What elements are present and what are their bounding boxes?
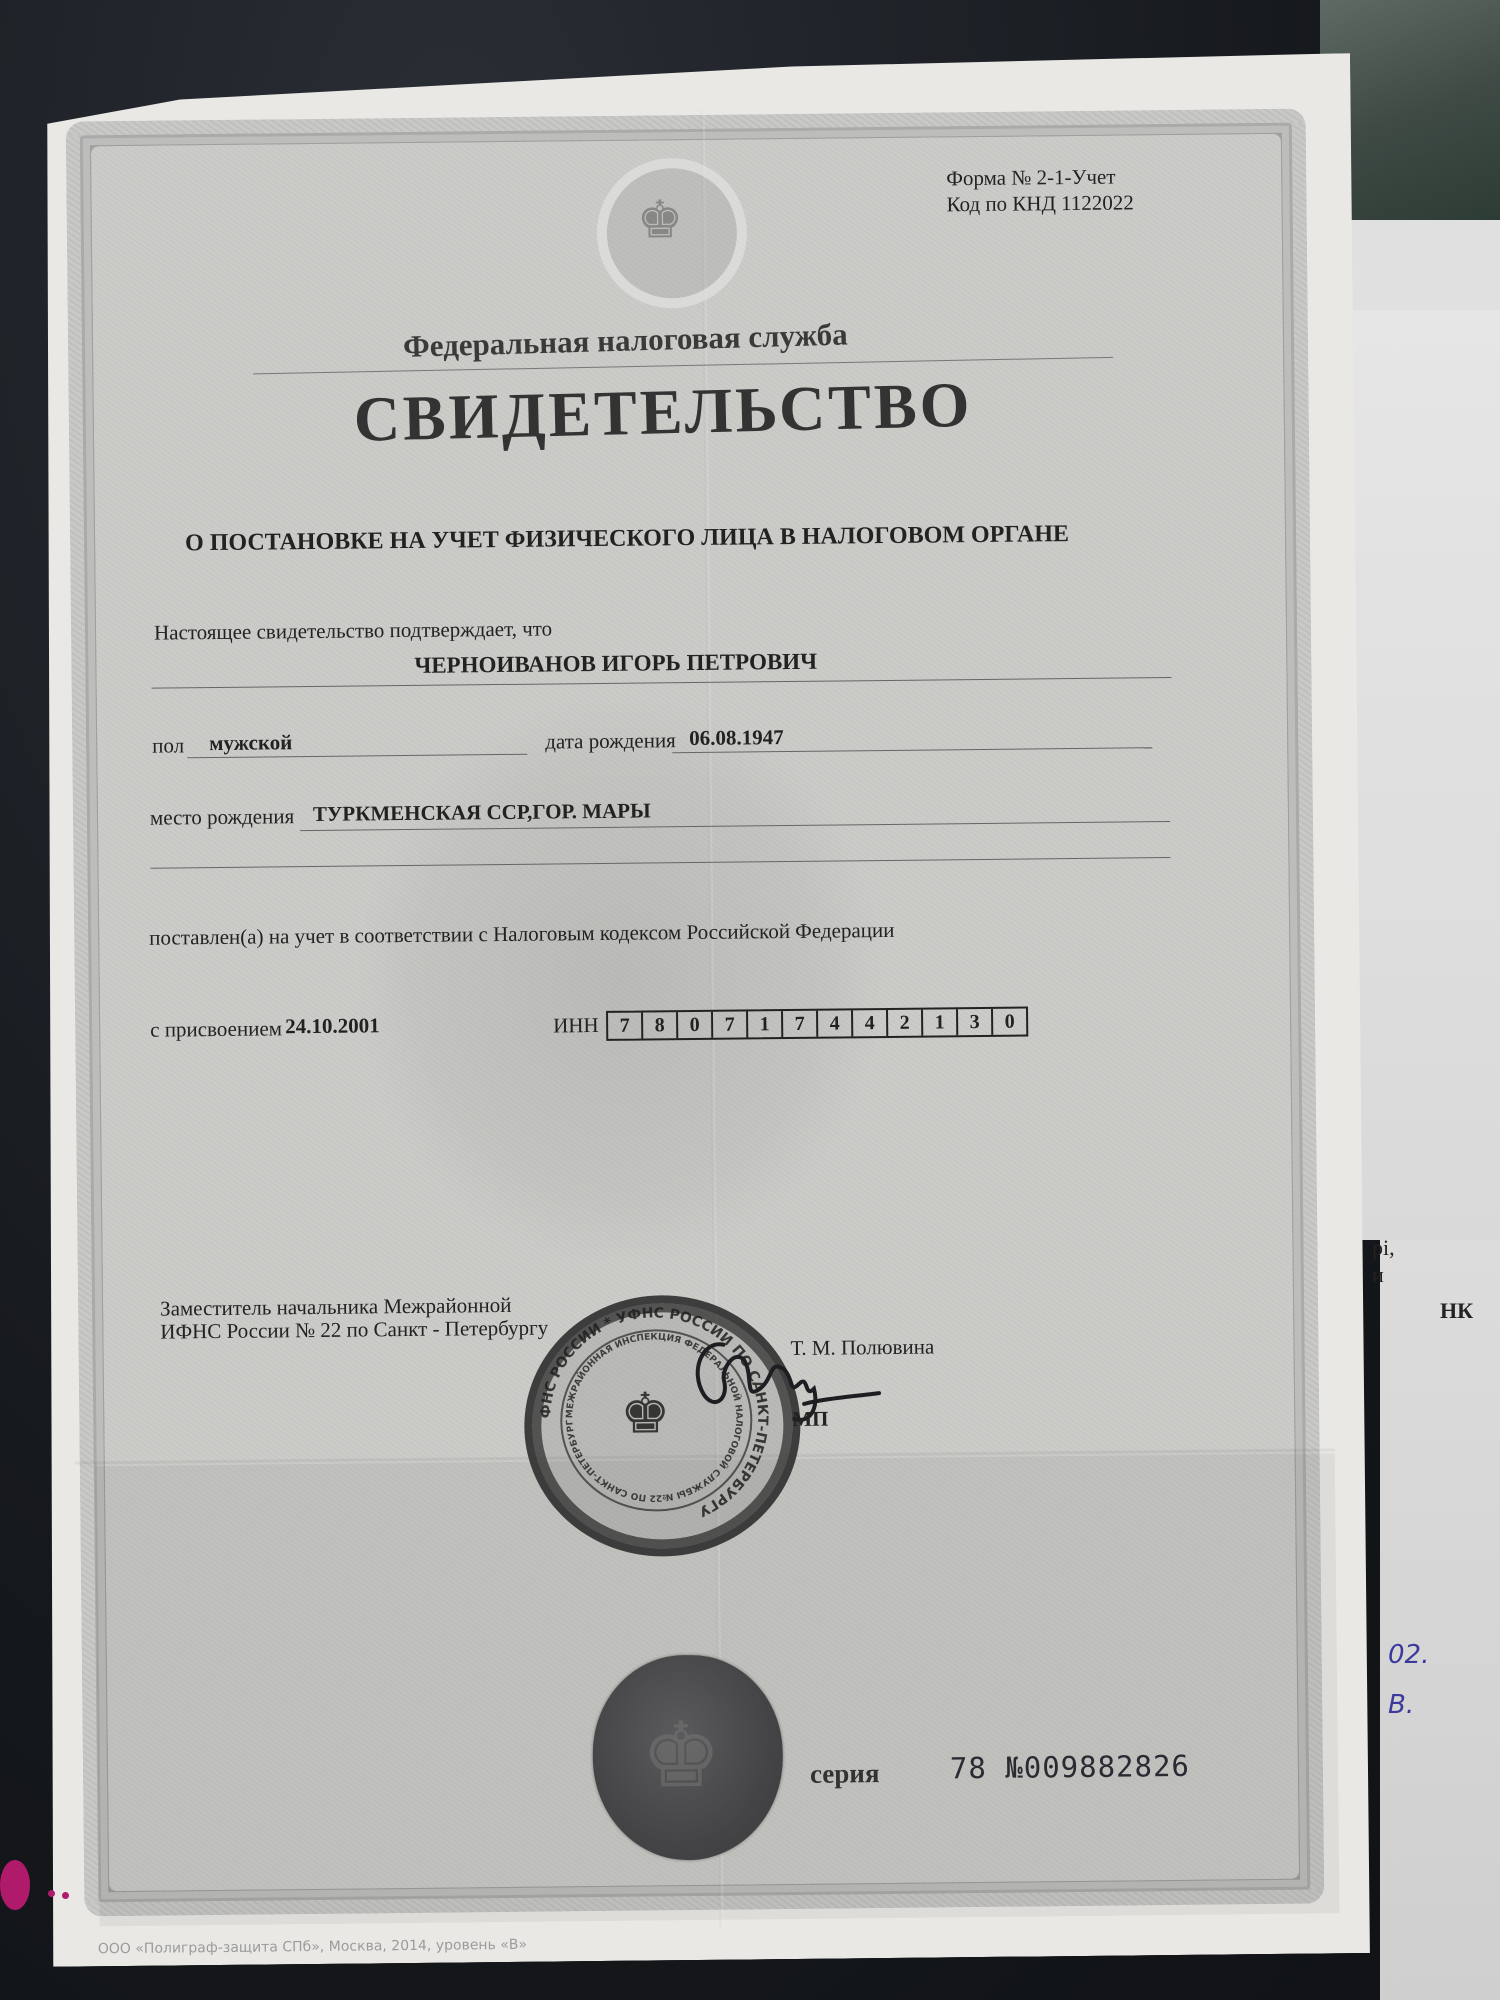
background-text-fragment: НК [1440,1298,1473,1324]
double-headed-eagle-icon: ♚ [620,1381,671,1447]
series-label: серия [810,1758,880,1790]
background-paper-top [1340,220,1500,320]
inn-label: ИНН [553,1013,599,1038]
inn-digit: 2 [888,1010,923,1036]
form-info: Форма № 2-1-Учет Код по КНД 1122022 [946,163,1134,217]
series-number: 78 №009882826 [950,1749,1190,1786]
sex-value: мужской [209,730,292,756]
dob-value: 06.08.1947 [689,725,784,751]
background-text-fragment: и [1372,1262,1384,1288]
inn-digit: 1 [748,1011,783,1037]
dob-label: дата рождения [545,728,676,754]
inn-digit: 4 [853,1010,888,1036]
eagle-watermark [357,698,883,1263]
inn-digit: 1 [923,1009,958,1035]
ink-stain-dot [48,1890,55,1897]
form-number: Форма № 2-1-Учет [946,163,1134,191]
inn-digit: 0 [678,1012,713,1038]
ink-stain-dot [62,1892,69,1899]
handwritten-note: 02. [1388,1640,1429,1670]
double-headed-eagle-icon: ♚ [640,1703,722,1809]
official-title: Заместитель начальника Межрайонной ИФНС … [160,1294,548,1344]
pob-value: ТУРКМЕНСКАЯ ССР,ГОР. МАРЫ [313,798,651,827]
double-headed-eagle-icon: ♚ [636,190,683,250]
hologram-seal: ♚ [592,1654,784,1861]
confirm-text: Настоящее свидетельство подтверждает, чт… [154,616,552,645]
printer-imprint: ООО «Полиграф-защита СПб», Москва, 2014,… [98,1937,527,1957]
handwritten-note: В. [1388,1690,1414,1720]
inn-digit: 7 [783,1011,818,1037]
background-paper-bottom [1380,1240,1500,2000]
inn-digit: 0 [993,1009,1026,1035]
inn-digit-boxes: 780717442130 [606,1007,1028,1041]
assigned-date: 24.10.2001 [285,1013,380,1039]
inn-digit: 4 [818,1010,853,1036]
document-title: СВИДЕТЕЛЬСТВО [353,368,973,457]
inn-digit: 8 [643,1012,678,1038]
coat-of-arms-emblem: ♚ [596,157,748,309]
official-title-line2: ИФНС России № 22 по Санкт - Петербургу [160,1317,548,1344]
seal-place-label: МП [792,1407,828,1432]
handwritten-signature [683,1328,884,1440]
inn-digit: 7 [608,1013,643,1039]
ink-stain [0,1860,30,1910]
sex-label: пол [152,733,184,758]
pob-label: место рождения [150,804,294,831]
background-text-fragment: рі, [1372,1235,1395,1261]
inn-digit: 7 [713,1011,748,1037]
tax-registration-certificate: ♚ Форма № 2-1-Учет Код по КНД 1122022 Фе… [20,53,1370,1967]
assigned-label: с присвоением [150,1016,282,1042]
background-paper-middle [1340,310,1500,1240]
knd-code: Код по КНД 1122022 [946,189,1134,217]
inn-digit: 3 [958,1009,993,1035]
full-name: ЧЕРНОИВАНОВ ИГОРЬ ПЕТРОВИЧ [414,649,817,679]
